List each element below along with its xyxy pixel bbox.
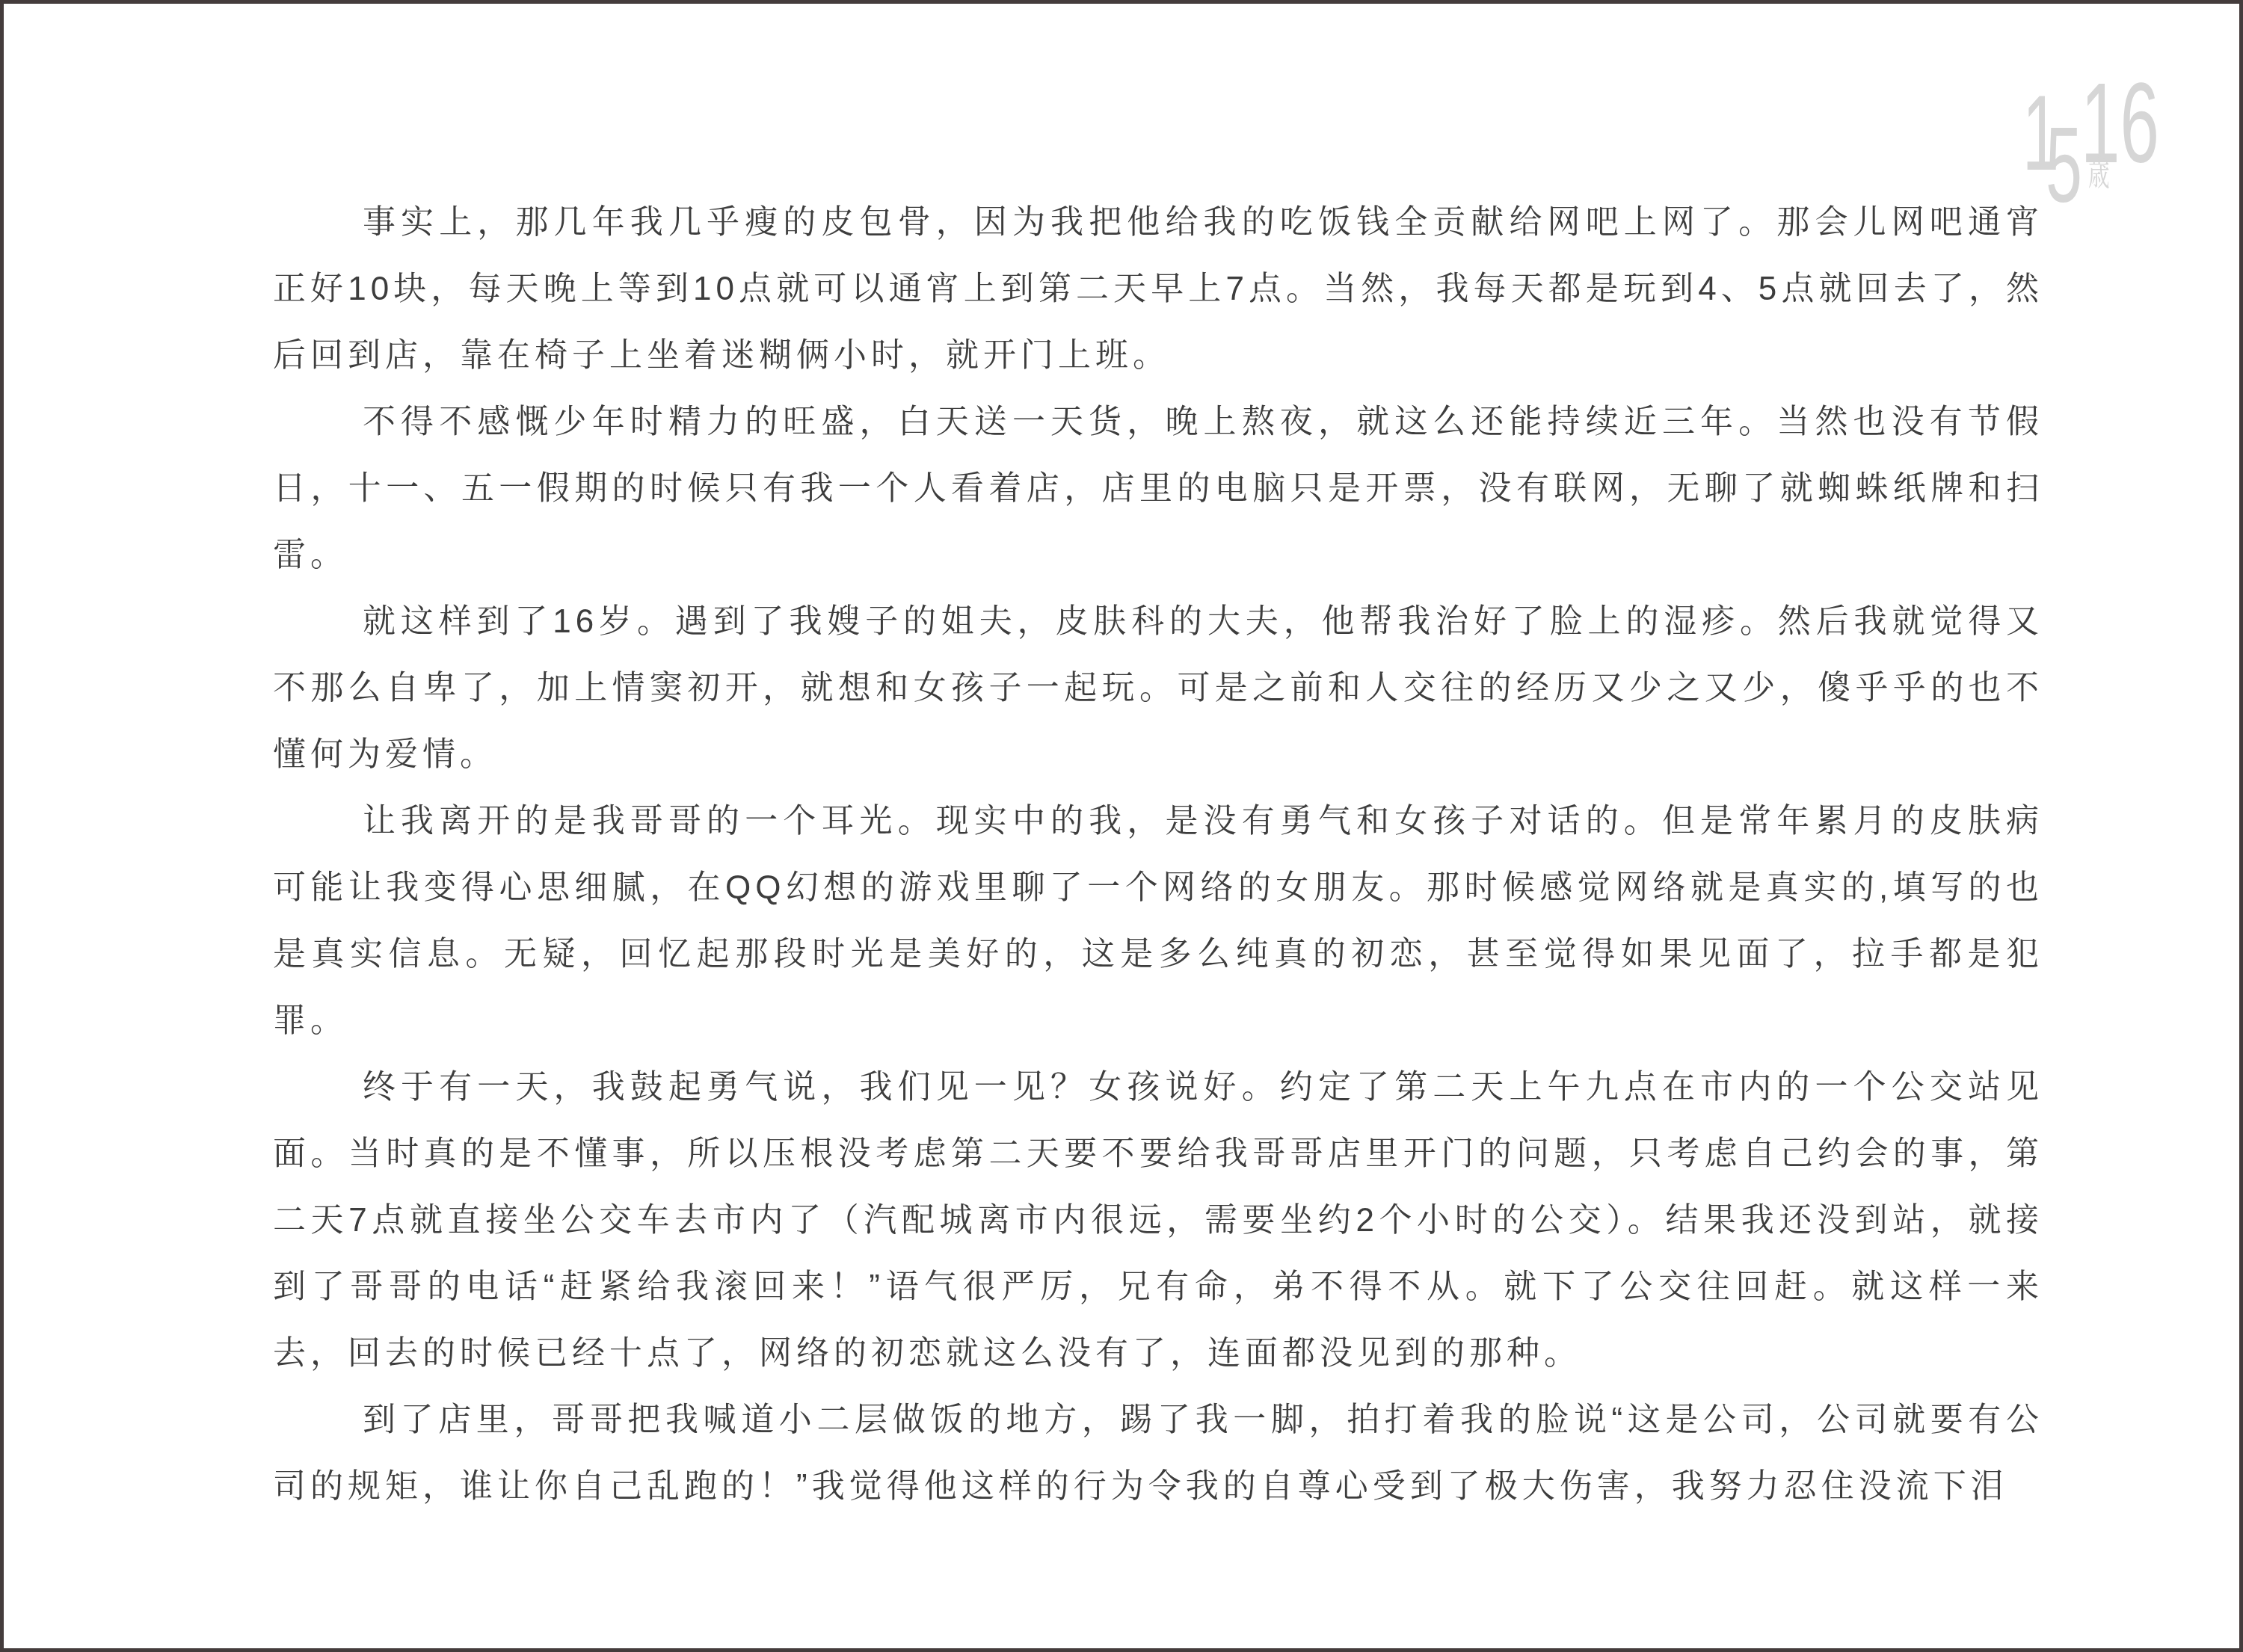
- paragraph-6: 到了店里，哥哥把我喊道小二层做饭的地方，踢了我一脚，拍打着我的脸说“这是公司，公…: [273, 1387, 2043, 1520]
- body-text: 事实上，那几年我几乎瘦的皮包骨，因为我把他给我的吃饭钱全贡献给网吧上网了。那会儿…: [273, 189, 2043, 1520]
- paragraph-3: 就这样到了16岁。遇到了我嫂子的姐夫，皮肤科的大夫，他帮我治好了脸上的湿疹。然后…: [273, 588, 2043, 788]
- book-page: 1 5 16 歳 事实上，那几年我几乎瘦的皮包骨，因为我把他给我的吃饭钱全贡献给…: [0, 0, 2243, 1652]
- paragraph-1: 事实上，那几年我几乎瘦的皮包骨，因为我把他给我的吃饭钱全贡献给网吧上网了。那会儿…: [273, 189, 2043, 389]
- paragraph-4: 让我离开的是我哥哥的一个耳光。现实中的我，是没有勇气和女孩子对话的。但是常年累月…: [273, 788, 2043, 1054]
- paragraph-2: 不得不感慨少年时精力的旺盛，白天送一天货，晚上熬夜，就这么还能持续近三年。当然也…: [273, 389, 2043, 588]
- age-marker-suffix-kanji: 歳: [2088, 155, 2110, 190]
- age-marker-number-16: 16: [2081, 67, 2159, 180]
- paragraph-5: 终于有一天，我鼓起勇气说，我们见一见？女孩说好。约定了第二天上午九点在市内的一个…: [273, 1054, 2043, 1387]
- age-marker-digit-1: 1: [2022, 81, 2059, 187]
- age-marker-digit-5: 5: [2046, 113, 2082, 219]
